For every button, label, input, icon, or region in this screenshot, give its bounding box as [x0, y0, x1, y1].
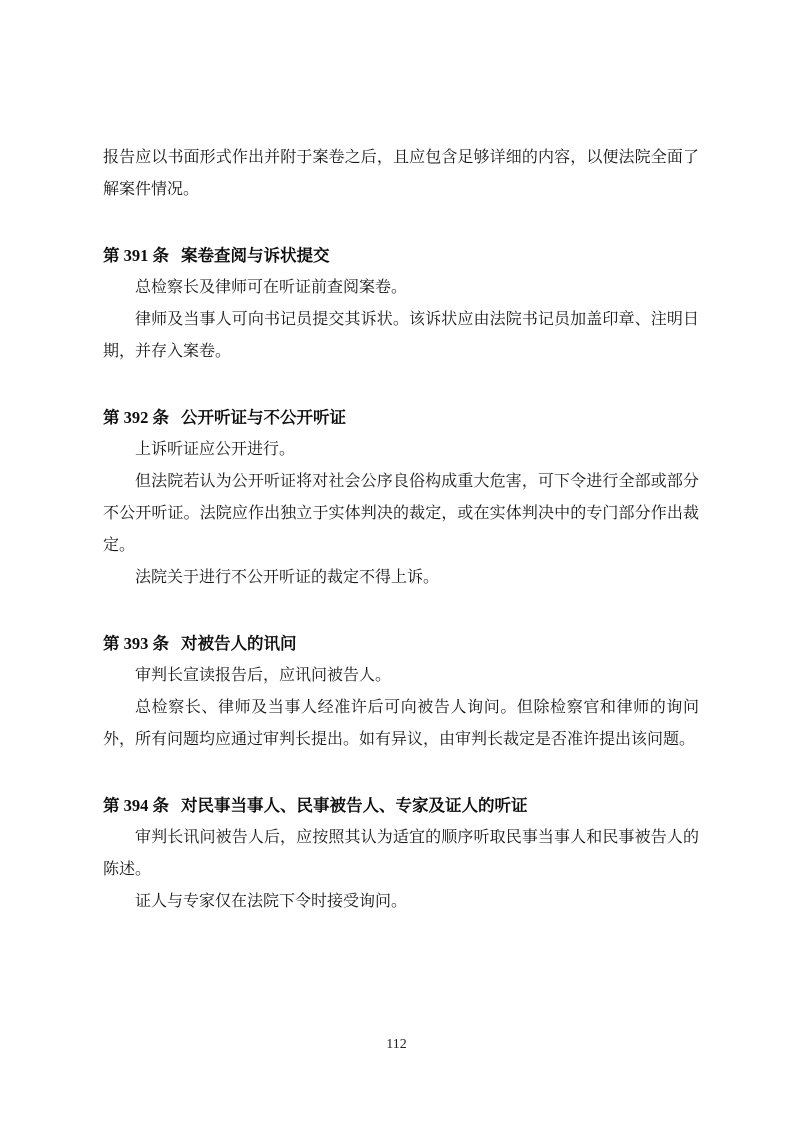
- intro-paragraph: 报告应以书面形式作出并附于案卷之后，且应包含足够详细的内容，以便法院全面了解案件…: [103, 142, 699, 206]
- article-paragraph: 总检察长及律师可在听证前查阅案卷。: [103, 272, 699, 304]
- article-title: 案卷查阅与诉状提交: [181, 246, 330, 265]
- article-paragraph: 律师及当事人可向书记员提交其诉状。该诉状应由法院书记员加盖印章、注明日期，并存入…: [103, 304, 699, 368]
- article-heading: 第 391 条案卷查阅与诉状提交: [103, 240, 699, 272]
- article-title: 对被告人的讯问: [181, 634, 297, 653]
- article-number: 第 392 条: [103, 408, 169, 427]
- article-title: 对民事当事人、民事被告人、专家及证人的听证: [181, 796, 528, 815]
- article-paragraph: 上诉听证应公开进行。: [103, 434, 699, 466]
- article-391: 第 391 条案卷查阅与诉状提交 总检察长及律师可在听证前查阅案卷。 律师及当事…: [103, 240, 699, 368]
- article-paragraph: 法院关于进行不公开听证的裁定不得上诉。: [103, 562, 699, 594]
- article-heading: 第 392 条公开听证与不公开听证: [103, 402, 699, 434]
- article-paragraph: 审判长讯问被告人后，应按照其认为适宜的顺序听取民事当事人和民事被告人的陈述。: [103, 822, 699, 886]
- article-paragraph: 但法院若认为公开听证将对社会公序良俗构成重大危害，可下令进行全部或部分不公开听证…: [103, 466, 699, 562]
- page-number: 112: [0, 1031, 793, 1059]
- document-page: 报告应以书面形式作出并附于案卷之后，且应包含足够详细的内容，以便法院全面了解案件…: [0, 0, 793, 1122]
- article-number: 第 393 条: [103, 634, 169, 653]
- page-content: 报告应以书面形式作出并附于案卷之后，且应包含足够详细的内容，以便法院全面了解案件…: [103, 142, 699, 918]
- article-392: 第 392 条公开听证与不公开听证 上诉听证应公开进行。 但法院若认为公开听证将…: [103, 402, 699, 594]
- article-heading: 第 394 条对民事当事人、民事被告人、专家及证人的听证: [103, 790, 699, 822]
- article-paragraph: 总检察长、律师及当事人经准许后可向被告人询问。但除检察官和律师的询问外，所有问题…: [103, 692, 699, 756]
- article-paragraph: 审判长宣读报告后，应讯问被告人。: [103, 660, 699, 692]
- article-title: 公开听证与不公开听证: [181, 408, 346, 427]
- article-paragraph: 证人与专家仅在法院下令时接受询问。: [103, 886, 699, 918]
- article-394: 第 394 条对民事当事人、民事被告人、专家及证人的听证 审判长讯问被告人后，应…: [103, 790, 699, 918]
- article-number: 第 391 条: [103, 246, 169, 265]
- article-heading: 第 393 条对被告人的讯问: [103, 628, 699, 660]
- article-number: 第 394 条: [103, 796, 169, 815]
- article-393: 第 393 条对被告人的讯问 审判长宣读报告后，应讯问被告人。 总检察长、律师及…: [103, 628, 699, 756]
